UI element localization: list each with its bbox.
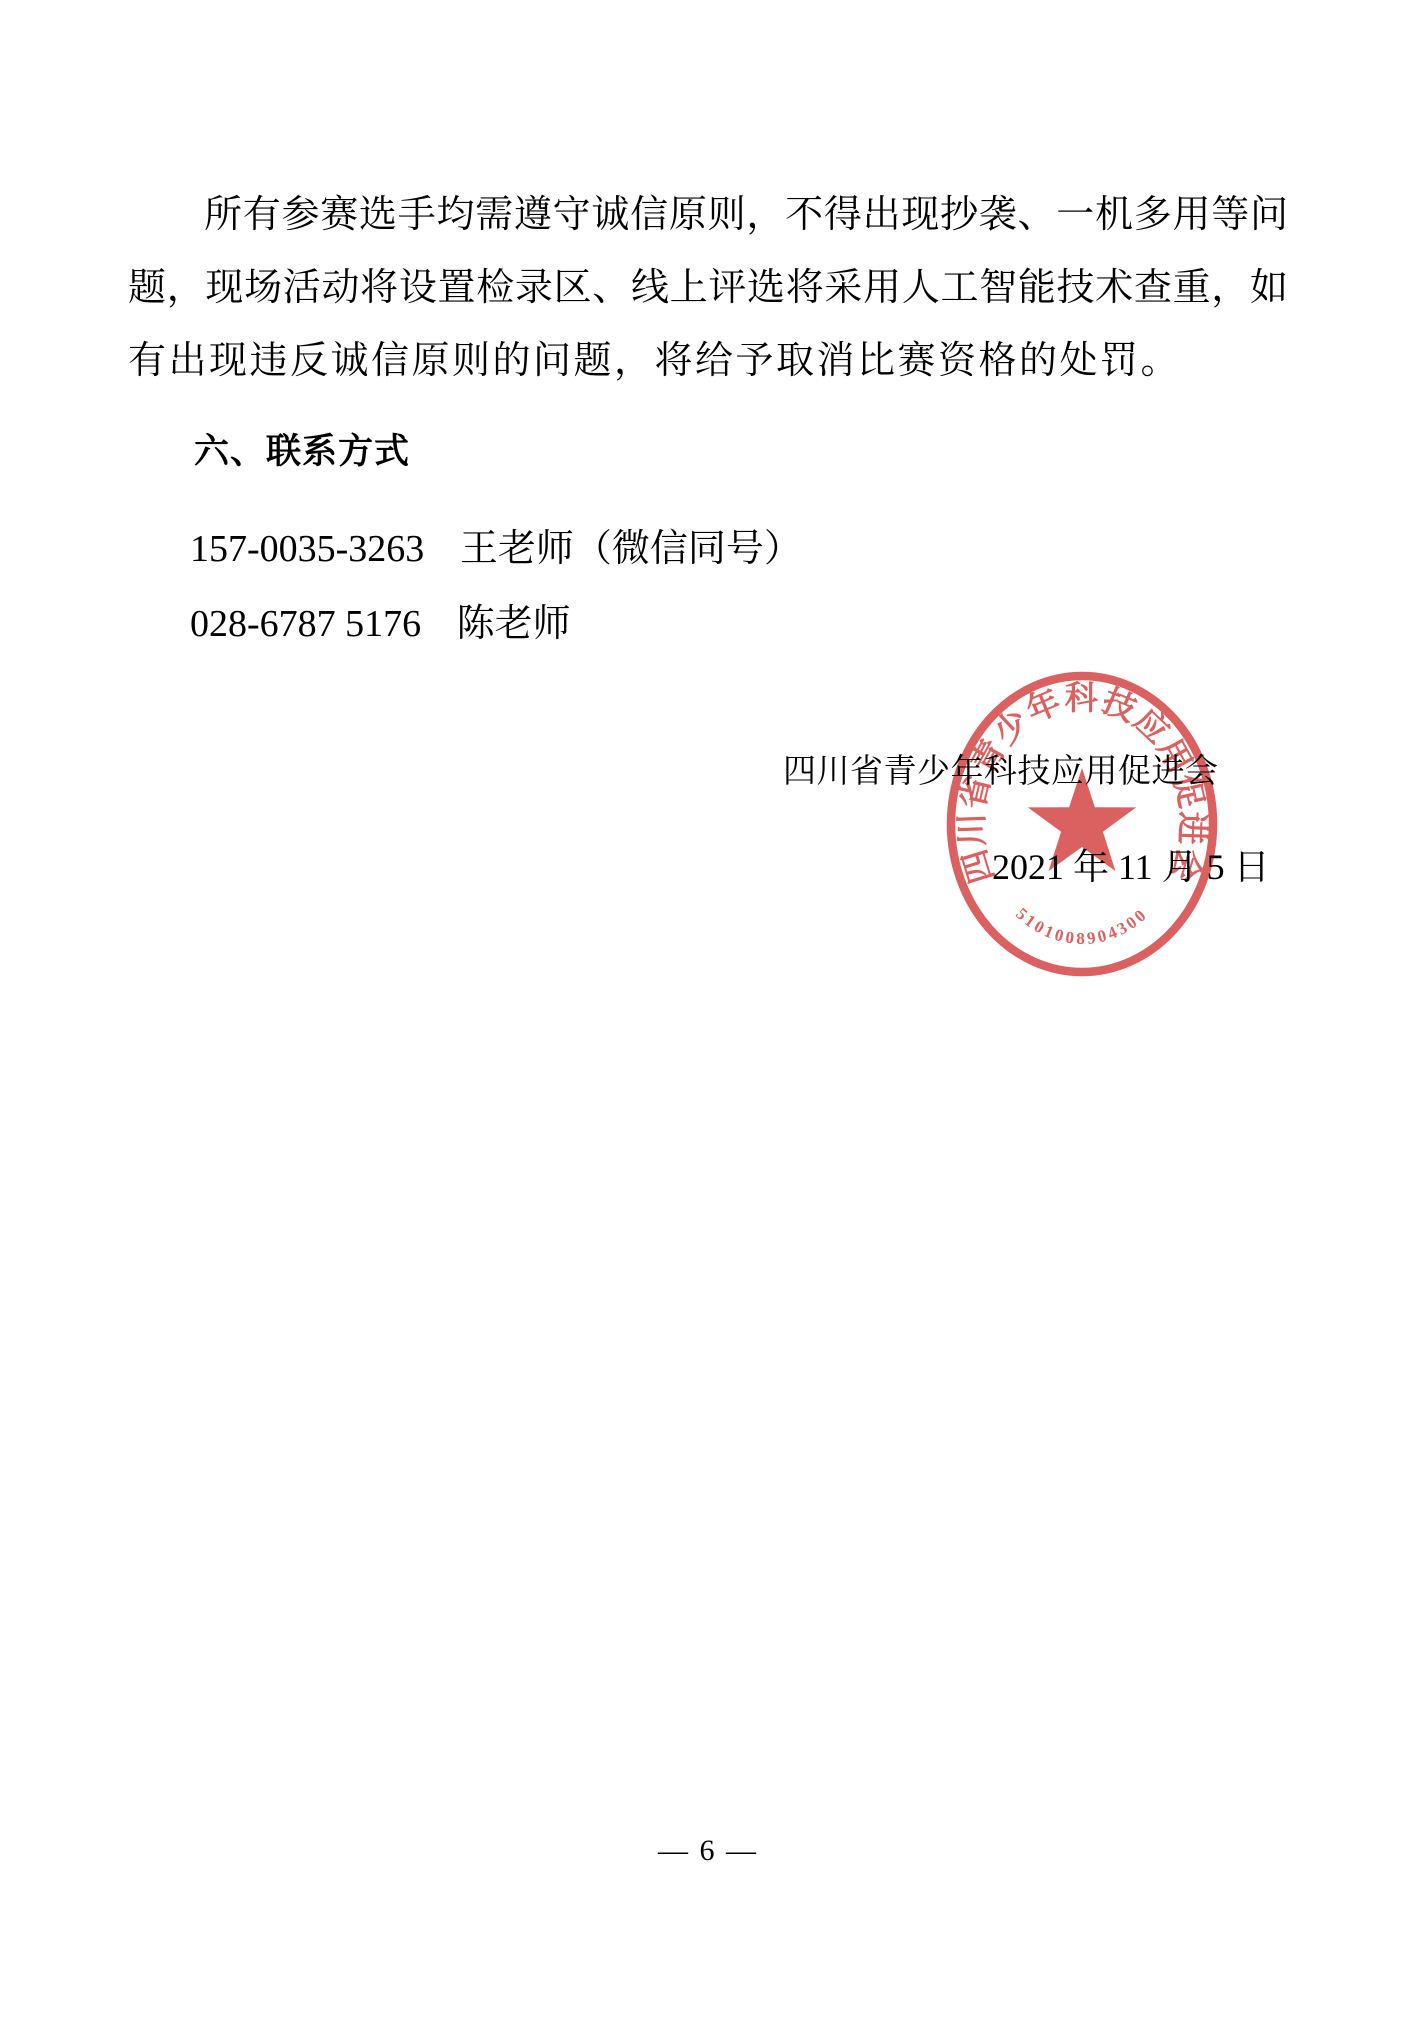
seal-star-icon bbox=[1028, 768, 1136, 871]
section-heading: 六、联系方式 bbox=[194, 428, 410, 476]
contact-list: 157-0035-3263 王老师（微信同号） 028-6787 5176 陈老… bbox=[190, 512, 802, 662]
svg-text:5101008904300: 5101008904300 bbox=[1012, 904, 1152, 948]
seal-code-text: 5101008904300 bbox=[1012, 904, 1152, 948]
official-seal: 四川省青少年科技应用促进会 5101008904300 bbox=[932, 659, 1232, 989]
document-page: 所有参赛选手均需遵守诚信原则，不得出现抄袭、一机多用等问 题，现场活动将设置检录… bbox=[0, 0, 1416, 2017]
body-paragraph: 所有参赛选手均需遵守诚信原则，不得出现抄袭、一机多用等问 题，现场活动将设置检录… bbox=[128, 179, 1288, 398]
contact-name: 陈老师 bbox=[457, 603, 571, 645]
contact-phone: 028-6787 5176 bbox=[190, 603, 421, 645]
contact-row: 157-0035-3263 王老师（微信同号） bbox=[190, 512, 802, 587]
paragraph-line: 有出现违反诚信原则的问题，将给予取消比赛资格的处罚。 bbox=[128, 325, 1288, 398]
contact-name: 王老师（微信同号） bbox=[460, 528, 802, 570]
page-number: — 6 — bbox=[0, 1834, 1416, 1868]
paragraph-line: 所有参赛选手均需遵守诚信原则，不得出现抄袭、一机多用等问 bbox=[128, 179, 1288, 252]
contact-row: 028-6787 5176 陈老师 bbox=[190, 587, 802, 662]
paragraph-line: 题，现场活动将设置检录区、线上评选将采用人工智能技术查重，如 bbox=[128, 252, 1288, 325]
contact-phone: 157-0035-3263 bbox=[190, 528, 424, 570]
